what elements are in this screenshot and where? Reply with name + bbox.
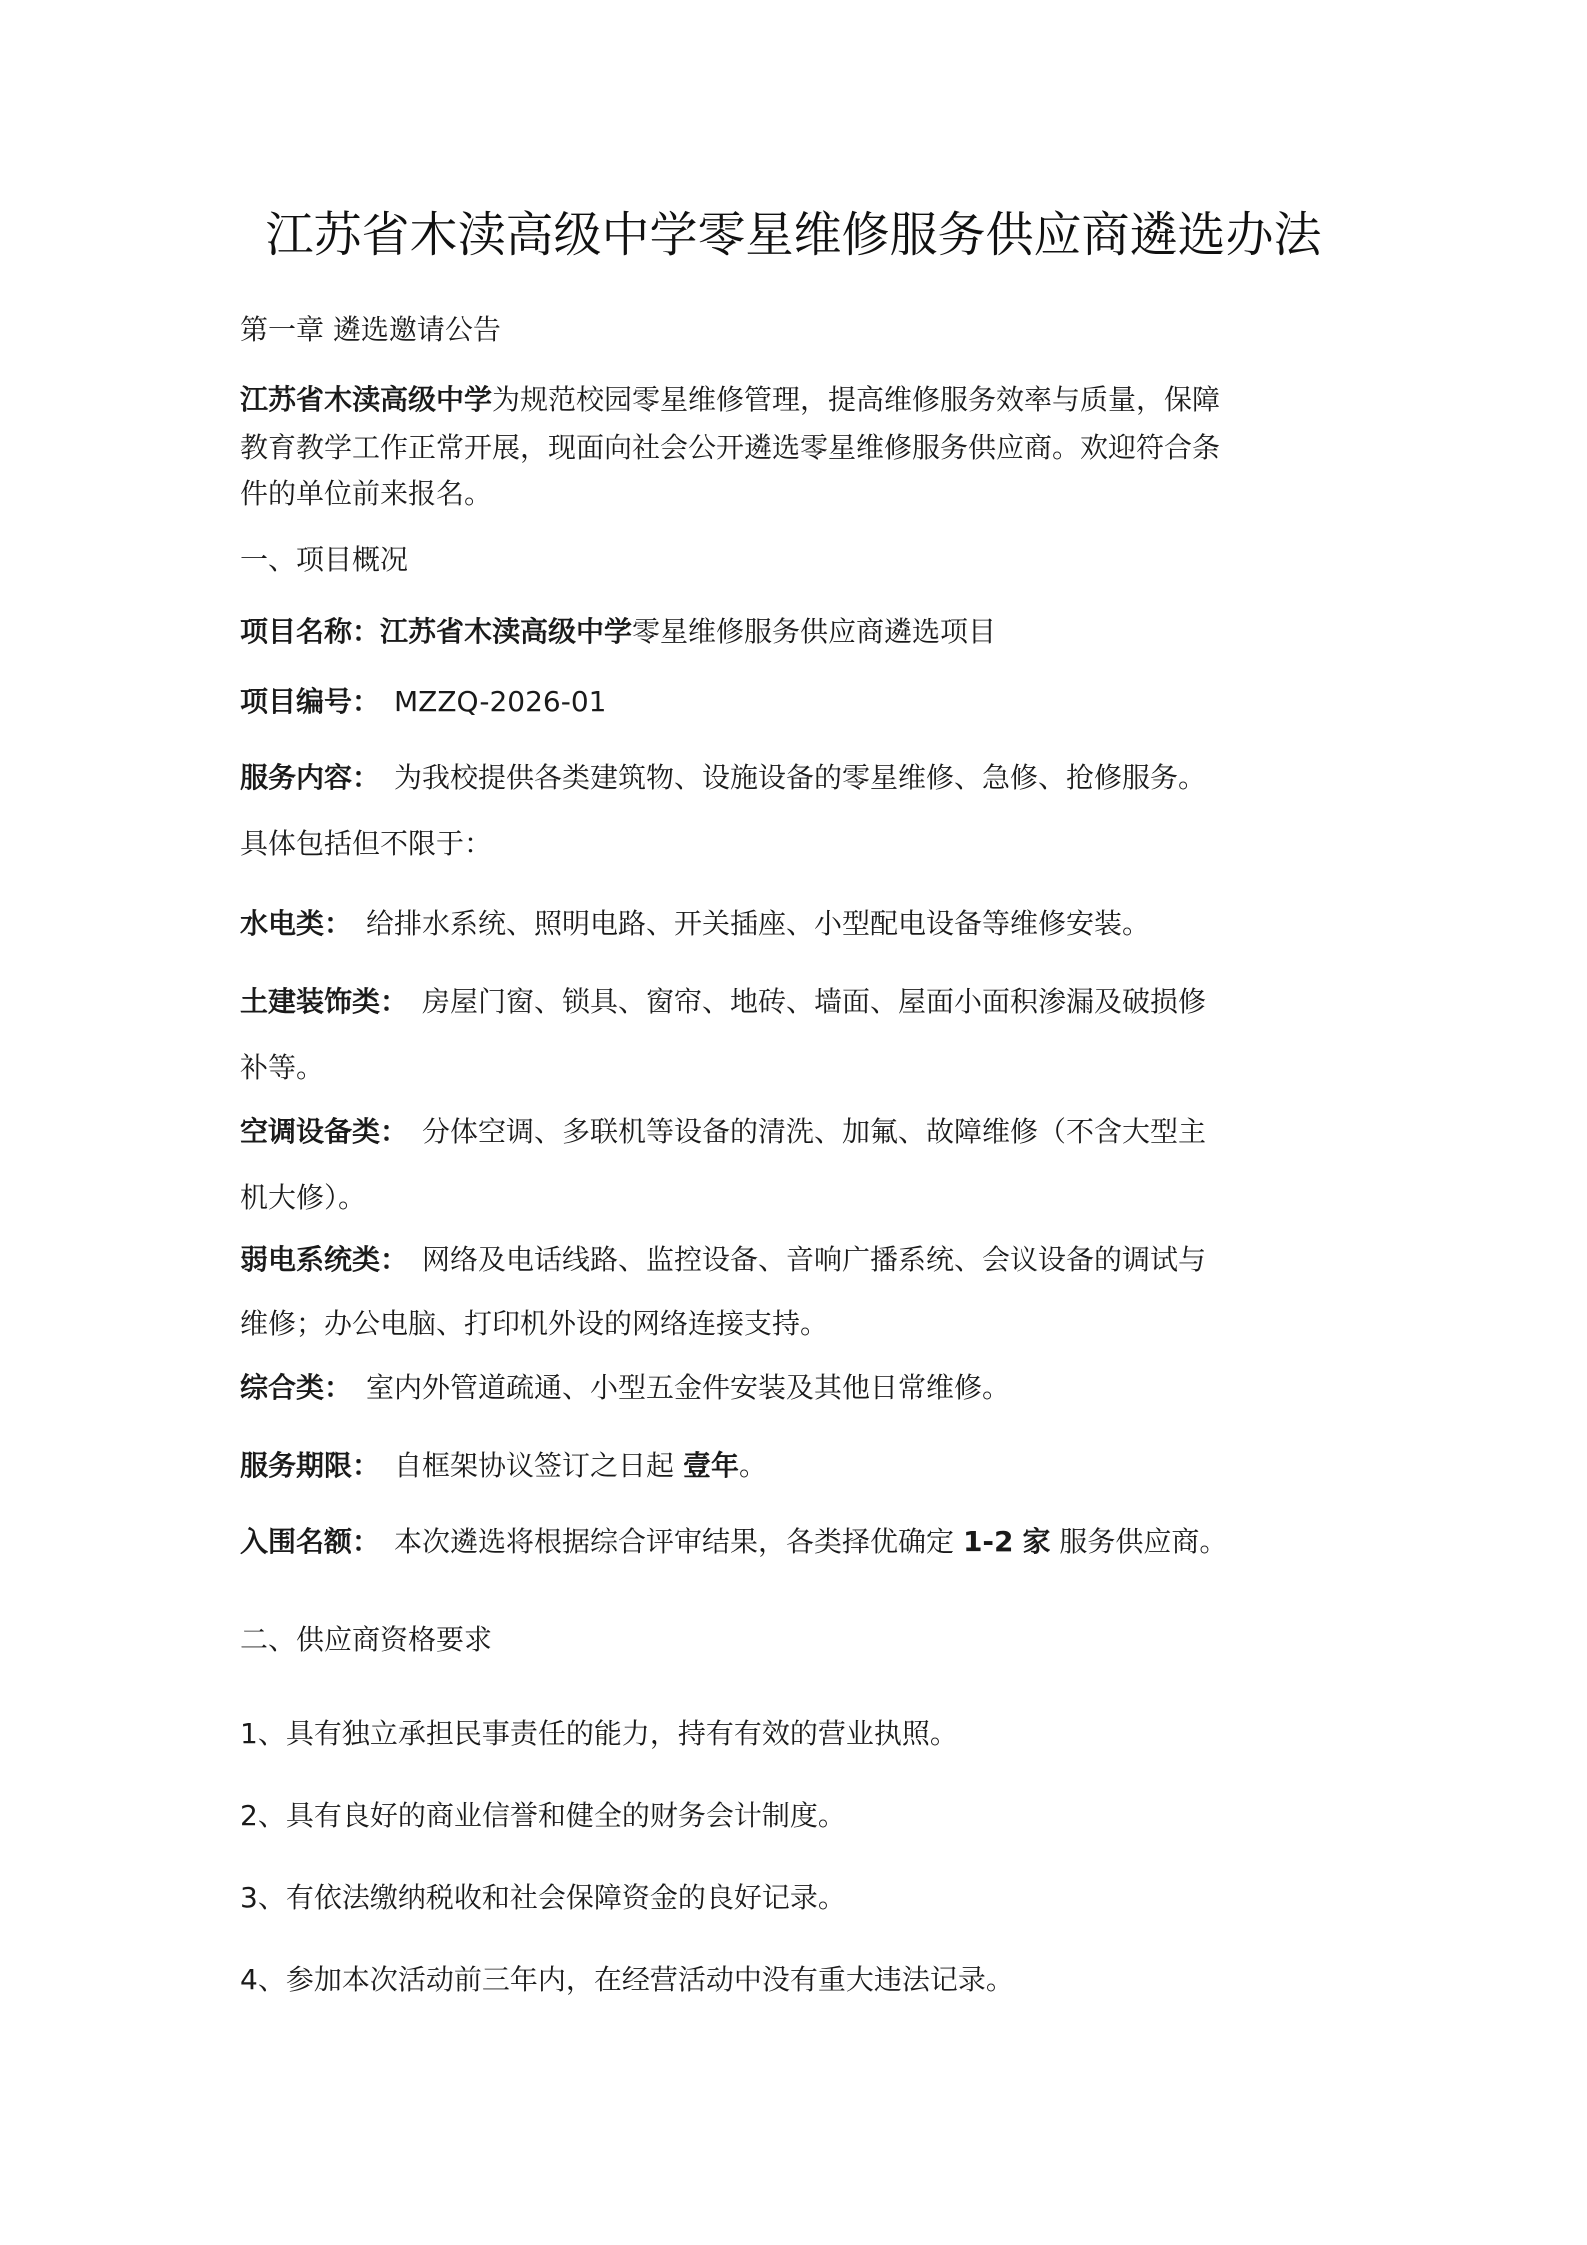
intro-text: 为规范校园零星维修管理，提高维修服务效率与质量，保障 (492, 383, 1220, 416)
project-name-row: 项目名称：江苏省木渎高级中学零星维修服务供应商遴选项目 (240, 614, 1360, 650)
quota-text: 本次遴选将根据综合评审结果，各类择优确定 (394, 1525, 954, 1558)
chapter-heading: 第一章 遴选邀请公告 (240, 312, 1360, 348)
category-air-conditioning: 空调设备类：分体空调、多联机等设备的清洗、加氟、故障维修（不含大型主 (240, 1114, 1360, 1150)
term-value: 壹年 (683, 1449, 739, 1482)
category-label: 土建装饰类： (240, 985, 408, 1018)
document-title: 江苏省木渎高级中学零星维修服务供应商遴选办法 (0, 205, 1587, 265)
project-name-rest: 零星维修服务供应商遴选项目 (632, 615, 996, 648)
category-label: 空调设备类： (240, 1115, 408, 1148)
category-low-voltage: 弱电系统类：网络及电话线路、监控设备、音响广播系统、会议设备的调试与 (240, 1242, 1360, 1278)
school-name: 江苏省木渎高级中学 (240, 383, 492, 416)
quota-row: 入围名额：本次遴选将根据综合评审结果，各类择优确定 1-2 家 服务供应商。 (240, 1524, 1360, 1560)
service-row-2: 具体包括但不限于： (240, 826, 1360, 862)
category-general: 综合类：室内外管道疏通、小型五金件安装及其他日常维修。 (240, 1370, 1360, 1406)
category-civil-decoration: 土建装饰类：房屋门窗、锁具、窗帘、地砖、墙面、屋面小面积渗漏及破损修 (240, 984, 1360, 1020)
service-row: 服务内容：为我校提供各类建筑物、设施设备的零星维修、急修、抢修服务。 (240, 760, 1360, 796)
category-label: 综合类： (240, 1371, 352, 1404)
category-label: 水电类： (240, 907, 352, 940)
project-no-label: 项目编号： (240, 685, 380, 718)
document-page: 江苏省木渎高级中学零星维修服务供应商遴选办法 第一章 遴选邀请公告 江苏省木渎高… (0, 0, 1587, 2245)
category-air-conditioning-cont: 机大修）。 (240, 1180, 1360, 1216)
category-label: 弱电系统类： (240, 1243, 408, 1276)
intro-line-1: 江苏省木渎高级中学为规范校园零星维修管理，提高维修服务效率与质量，保障 (240, 382, 1360, 418)
service-text: 为我校提供各类建筑物、设施设备的零星维修、急修、抢修服务。 (394, 761, 1206, 794)
section1-heading: 一、项目概况 (240, 542, 1360, 578)
category-plumbing-electric: 水电类：给排水系统、照明电路、开关插座、小型配电设备等维修安装。 (240, 906, 1360, 942)
quota-unit: 家 (1022, 1525, 1050, 1558)
quota-end: 服务供应商。 (1059, 1525, 1227, 1558)
category-text: 给排水系统、照明电路、开关插座、小型配电设备等维修安装。 (366, 907, 1150, 940)
project-name-label: 项目名称： (240, 615, 380, 648)
project-no-row: 项目编号：MZZQ-2026-01 (240, 684, 1360, 720)
qualification-item: 1、具有独立承担民事责任的能力，持有有效的营业执照。 (240, 1716, 1360, 1752)
quota-label: 入围名额： (240, 1525, 380, 1558)
project-name-school: 江苏省木渎高级中学 (380, 615, 632, 648)
service-term-row: 服务期限：自框架协议签订之日起 壹年。 (240, 1448, 1360, 1484)
qualification-item: 3、有依法缴纳税收和社会保障资金的良好记录。 (240, 1880, 1360, 1916)
quota-value: 1-2 (963, 1525, 1014, 1558)
category-text: 房屋门窗、锁具、窗帘、地砖、墙面、屋面小面积渗漏及破损修 (422, 985, 1206, 1018)
intro-line-3: 件的单位前来报名。 (240, 476, 1360, 512)
term-label: 服务期限： (240, 1449, 380, 1482)
category-low-voltage-cont: 维修；办公电脑、打印机外设的网络连接支持。 (240, 1306, 1360, 1342)
term-end: 。 (739, 1449, 767, 1482)
term-text: 自框架协议签订之日起 (394, 1449, 674, 1482)
section2-heading: 二、供应商资格要求 (240, 1622, 1360, 1658)
qualification-item: 2、具有良好的商业信誉和健全的财务会计制度。 (240, 1798, 1360, 1834)
category-text: 室内外管道疏通、小型五金件安装及其他日常维修。 (366, 1371, 1010, 1404)
service-label: 服务内容： (240, 761, 380, 794)
project-no-value: MZZQ-2026-01 (394, 685, 606, 718)
category-text: 网络及电话线路、监控设备、音响广播系统、会议设备的调试与 (422, 1243, 1206, 1276)
intro-line-2: 教育教学工作正常开展，现面向社会公开遴选零星维修服务供应商。欢迎符合条 (240, 430, 1360, 466)
qualification-item: 4、参加本次活动前三年内，在经营活动中没有重大违法记录。 (240, 1962, 1360, 1998)
category-text: 分体空调、多联机等设备的清洗、加氟、故障维修（不含大型主 (422, 1115, 1206, 1148)
category-civil-decoration-cont: 补等。 (240, 1050, 1360, 1086)
